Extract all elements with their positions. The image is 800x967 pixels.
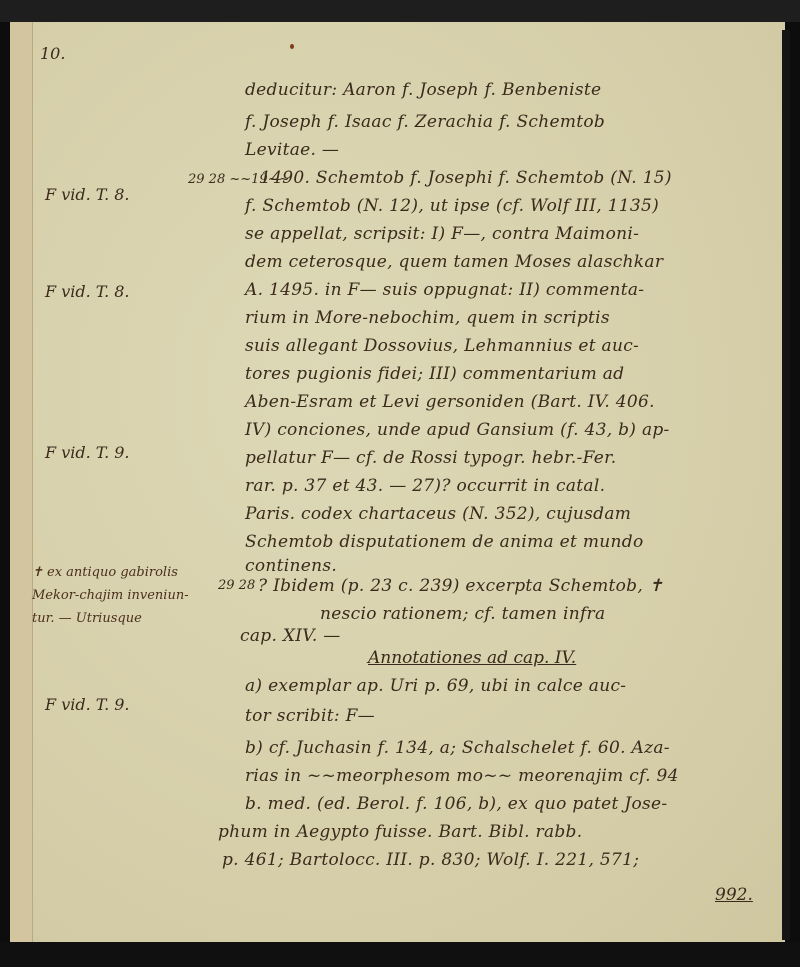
folio-number: 10. (40, 44, 65, 63)
text-line: f. Joseph f. Isaac f. Zerachia f. Schemt… (245, 112, 605, 132)
text-line: rium in More-nebochim, quem in scriptis (245, 308, 610, 328)
text-line: f. Schemtob (N. 12), ut ipse (cf. Wolf I… (245, 196, 659, 216)
annotation-line: phum in Aegypto fuisse. Bart. Bibl. rabb… (218, 822, 582, 842)
text-line: suis allegant Dossovius, Lehmannius et a… (245, 336, 639, 356)
text-line: Aben-Esram et Levi gersoniden (Bart. IV.… (245, 392, 655, 412)
text-line: se appellat, scripsit: I) F—, contra Mai… (245, 224, 639, 244)
margin-note: F vid. T. 9. (45, 695, 130, 714)
margin-note: tur. — Utriusque (32, 611, 142, 626)
text-line: A. 1495. in F— suis oppugnat: II) commen… (245, 280, 644, 300)
annotation-line: b. med. (ed. Berol. f. 106, b), ex quo p… (245, 794, 667, 814)
text-line: Levitae. — (245, 140, 339, 160)
text-line: cap. XIV. — (240, 626, 341, 646)
text-line: Schemtob disputationem de anima et mundo (245, 532, 643, 552)
page-binding-edge (10, 22, 33, 942)
annotation-line: rias in ~~meorphesom mo~~ meorenajim cf.… (245, 766, 679, 786)
text-line: dem ceterosque, quem tamen Moses alaschk… (245, 252, 663, 272)
text-line: IV) conciones, unde apud Gansium (f. 43,… (245, 420, 670, 440)
text-line: pellatur F— cf. de Rossi typogr. hebr.-F… (245, 448, 616, 468)
text-line: ? Ibidem (p. 23 c. 239) excerpta Schemto… (258, 576, 663, 596)
text-line: tores pugionis fidei; III) commentarium … (245, 364, 624, 384)
text-line: Paris. codex chartaceus (N. 352), cujusd… (245, 504, 631, 524)
page-right-edge (782, 30, 790, 940)
page-number: 992. (715, 885, 753, 905)
margin-note: Mekor-chajim inveniun- (32, 588, 189, 603)
annotation-line: p. 461; Bartolocc. III. p. 830; Wolf. I.… (222, 850, 639, 870)
annotations-heading: Annotationes ad cap. IV. (368, 648, 576, 668)
text-line: deducitur: Aaron f. Joseph f. Benbeniste (245, 80, 601, 100)
annotation-line: a) exemplar ap. Uri p. 69, ubi in calce … (245, 676, 626, 696)
text-line: continens. (245, 556, 337, 576)
margin-note: F vid. T. 9. (45, 443, 130, 462)
margin-note: F vid. T. 8. (45, 282, 130, 301)
entry-number: 29 28 (218, 578, 255, 593)
ink-spot (290, 44, 294, 49)
text-line: 1490. Schemtob f. Josephi f. Schemtob (N… (260, 168, 672, 188)
margin-note: ✝ ex antiquo gabirolis (32, 565, 178, 580)
text-line: nescio rationem; cf. tamen infra (320, 604, 605, 624)
annotation-line: b) cf. Juchasin f. 134, a; Schalschelet … (245, 738, 670, 758)
text-line: rar. p. 37 et 43. — 27)? occurrit in cat… (245, 476, 605, 496)
scanner-top-band (0, 0, 800, 22)
annotation-line: tor scribit: F— (245, 706, 375, 726)
margin-note: F vid. T. 8. (45, 185, 130, 204)
scanner-bottom-band (0, 942, 800, 967)
